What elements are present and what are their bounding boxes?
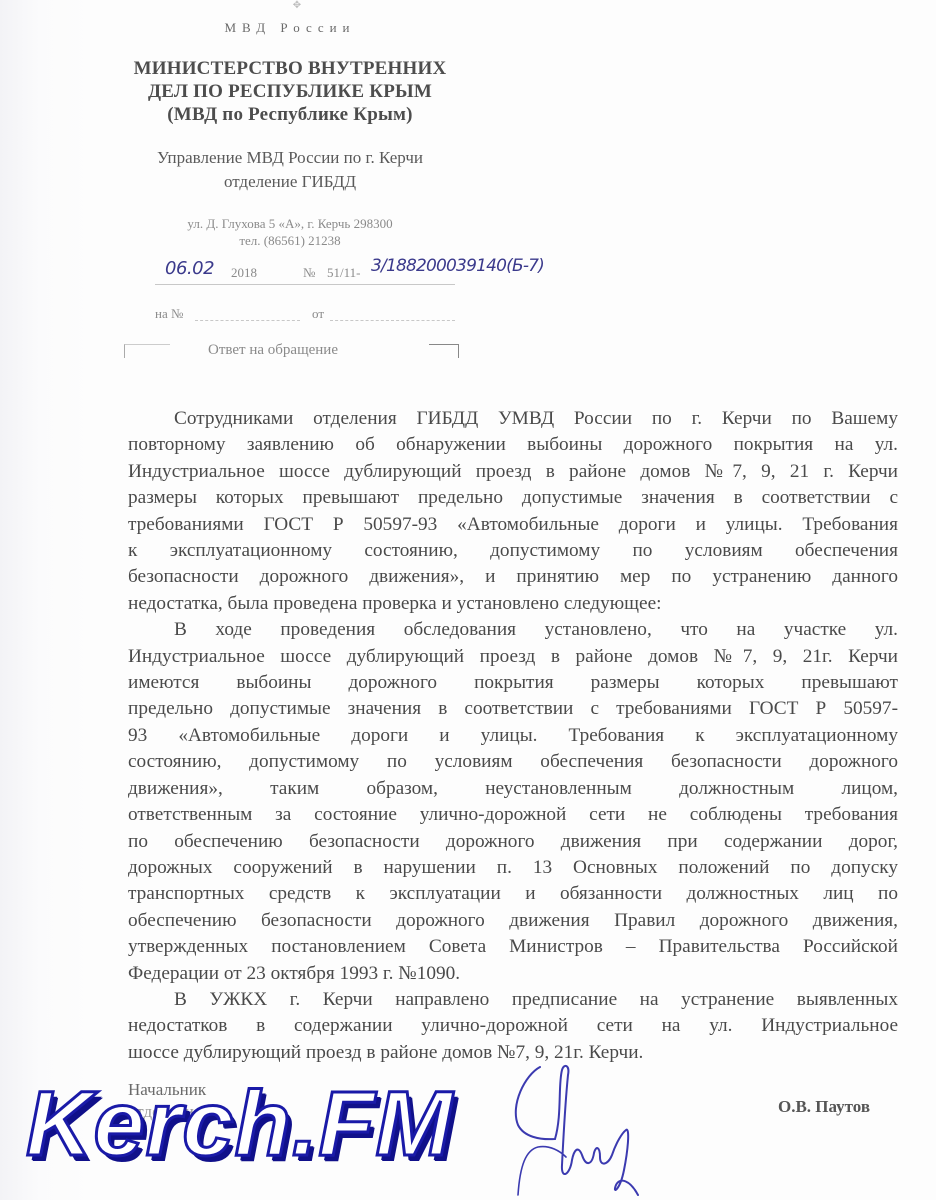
body-line: Индустриальное шоссе дублирующий проезд …	[128, 644, 898, 670]
document-page: ✥ МВД России МИНИСТЕРСТВО ВНУТРЕННИХ ДЕЛ…	[0, 0, 936, 1200]
body-line: В УЖКХ г. Керчи направлено предписание н…	[128, 987, 898, 1013]
department-name: Управление МВД России по г. Керчи отделе…	[110, 146, 470, 194]
ministry-line: МИНИСТЕРСТВО ВНУТРЕННИХ	[110, 57, 470, 80]
subject-text: Ответ на обращение	[208, 342, 338, 359]
body-line: состоянию, допустимому по условиям обесп…	[128, 749, 898, 775]
body-line: предельно допустимые значения в соответс…	[128, 696, 898, 722]
department-address: ул. Д. Глухова 5 «А», г. Керчь 298300 те…	[110, 215, 470, 249]
body-line: по обеспечению безопасности дорожного дв…	[128, 829, 898, 855]
body-line: транспортных средств к эксплуатации и об…	[128, 881, 898, 907]
reference-year: 2018	[231, 265, 257, 281]
body-line: повторному заявлению об обнаружении выбо…	[128, 432, 898, 458]
right-bracket	[429, 344, 459, 358]
ministry-title: МИНИСТЕРСТВО ВНУТРЕННИХ ДЕЛ ПО РЕСПУБЛИК…	[110, 57, 470, 126]
body-line: требованиями ГОСТ Р 50597-93 «Автомобиль…	[128, 512, 898, 538]
emblem-icon: ✥	[282, 0, 312, 12]
body-line: Федерации от 23 октября 1993 г. №1090.	[128, 961, 898, 987]
body-line: размеры которых превышают предельно допу…	[128, 485, 898, 511]
paragraph: Сотрудниками отделения ГИБДД УМВД России…	[128, 406, 898, 617]
department-line: Управление МВД России по г. Керчи	[110, 146, 470, 170]
body-line: обеспечению безопасности дорожного движе…	[128, 908, 898, 934]
ministry-line: (МВД по Республике Крым)	[110, 103, 470, 126]
reply-to-label: на №	[155, 306, 183, 322]
from-blank	[330, 320, 455, 321]
outgoing-reference: 06.02 2018 № 51/11- 3/188200039140(Б-7)	[155, 258, 455, 288]
signatory-name: О.В. Паутов	[778, 1097, 870, 1117]
body-line: Сотрудниками отделения ГИБДД УМВД России…	[128, 406, 898, 432]
from-label: от	[312, 306, 324, 322]
reference-underline	[155, 284, 455, 285]
body-line: утвержденных постановлением Совета Минис…	[128, 934, 898, 960]
department-line: отделение ГИБДД	[110, 170, 470, 194]
body-line: безопасности дорожного движения», и прин…	[128, 564, 898, 590]
body-line: Индустриальное шоссе дублирующий проезд …	[128, 459, 898, 485]
body-line: ответственным за состояние улично-дорожн…	[128, 802, 898, 828]
body-line: к эксплуатационному состоянию, допустимо…	[128, 538, 898, 564]
watermark-logo: Kerch.FM	[26, 1074, 453, 1174]
address-line: ул. Д. Глухова 5 «А», г. Керчь 298300	[110, 215, 470, 232]
number-label: №	[303, 265, 315, 281]
ministry-line: ДЕЛ ПО РЕСПУБЛИКЕ КРЫМ	[110, 80, 470, 103]
body-line: недостатка, была проведена проверка и ус…	[128, 591, 898, 617]
agency-short-name: МВД России	[110, 20, 470, 36]
left-bracket	[124, 344, 170, 358]
body-line: имеются выбоины дорожного покрытия разме…	[128, 670, 898, 696]
handwritten-signature-icon	[500, 1055, 680, 1200]
body-line: 93 «Автомобильные дороги и улицы. Требов…	[128, 723, 898, 749]
reply-to-blank	[195, 320, 300, 321]
body-line: движения», таким образом, неустановленны…	[128, 776, 898, 802]
reply-to-reference: на № от	[155, 306, 455, 326]
phone-line: тел. (86561) 21238	[110, 232, 470, 249]
handwritten-number: 3/188200039140(Б-7)	[371, 256, 544, 276]
subject-line: Ответ на обращение	[124, 340, 459, 362]
number-prefix: 51/11-	[327, 265, 360, 281]
body-line: недостатков в содержании улично-дорожной…	[128, 1013, 898, 1039]
body-line: В ходе проведения обследования установле…	[128, 617, 898, 643]
body-line: дорожных сооружений в нарушении п. 13 Ос…	[128, 855, 898, 881]
letter-body: Сотрудниками отделения ГИБДД УМВД России…	[128, 406, 898, 1066]
paragraph: В ходе проведения обследования установле…	[128, 617, 898, 987]
handwritten-date: 06.02	[165, 258, 214, 279]
